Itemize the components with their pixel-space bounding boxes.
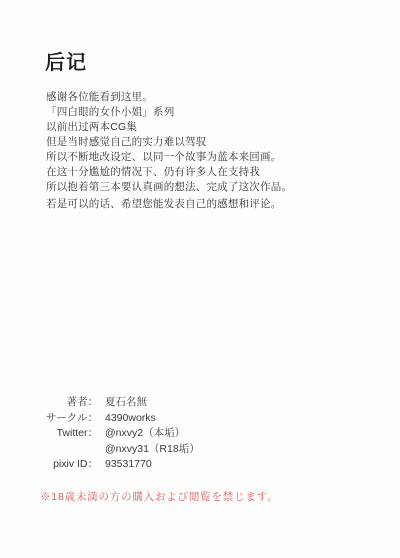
paragraph-line: 所以不断地改设定、以同一个故事为蓝本来回画。 [46, 150, 292, 165]
credit-row-twitter-r18: @nxvy31（R18垢） [40, 442, 200, 458]
credit-row-circle: サークル： 4390works [40, 411, 200, 427]
credit-value-twitter-main: @nxvy2（本垢） [105, 426, 200, 442]
credit-row-author: 著者： 夏石名無 [40, 395, 200, 411]
paragraph-line: 但是当时感觉自己的实力难以驾驭 [46, 135, 292, 150]
credit-value-author: 夏石名無 [105, 395, 200, 411]
credit-label-author: 著者： [40, 395, 98, 411]
paragraph-line: 「四白眼的女仆小姐」系列 [46, 105, 292, 120]
credit-row-pixiv: pixiv ID： 93531770 [40, 457, 200, 473]
credit-row-twitter-main: Twitter： @nxvy2（本垢） [40, 426, 200, 442]
credit-label-circle: サークル： [40, 411, 98, 427]
credit-label-twitter: Twitter： [40, 426, 98, 442]
credit-label-empty [40, 442, 98, 458]
paragraph-line: 以前出过两本CG集 [46, 120, 292, 135]
paragraph-line: 所以抱着第三本要认真画的想法、完成了这次作品。 [46, 180, 292, 195]
credit-value-pixiv: 93531770 [105, 457, 200, 473]
paragraph-line: 在这十分尴尬的情况下、仍有许多人在支持我 [46, 165, 292, 180]
afterword-paragraph: 感谢各位能看到这里。 「四白眼的女仆小姐」系列 以前出过两本CG集 但是当时感觉… [46, 90, 292, 195]
credits-block: 著者： 夏石名無 サークル： 4390works Twitter： @nxvy2… [40, 395, 200, 473]
credit-value-twitter-r18: @nxvy31（R18垢） [105, 442, 200, 458]
credit-label-pixiv: pixiv ID： [40, 457, 98, 473]
page-title: 后记 [45, 50, 87, 76]
paragraph-line: 感谢各位能看到这里。 [46, 90, 292, 105]
age-restriction-notice: ※18歳未満の方の購入および閲覧を禁じます。 [40, 490, 278, 505]
afterword-page: 后记 感谢各位能看到这里。 「四白眼的女仆小姐」系列 以前出过两本CG集 但是当… [0, 0, 400, 558]
credit-value-circle: 4390works [105, 411, 200, 427]
closing-line: 若是可以的话、希望您能发表自己的感想和评论。 [46, 197, 281, 212]
